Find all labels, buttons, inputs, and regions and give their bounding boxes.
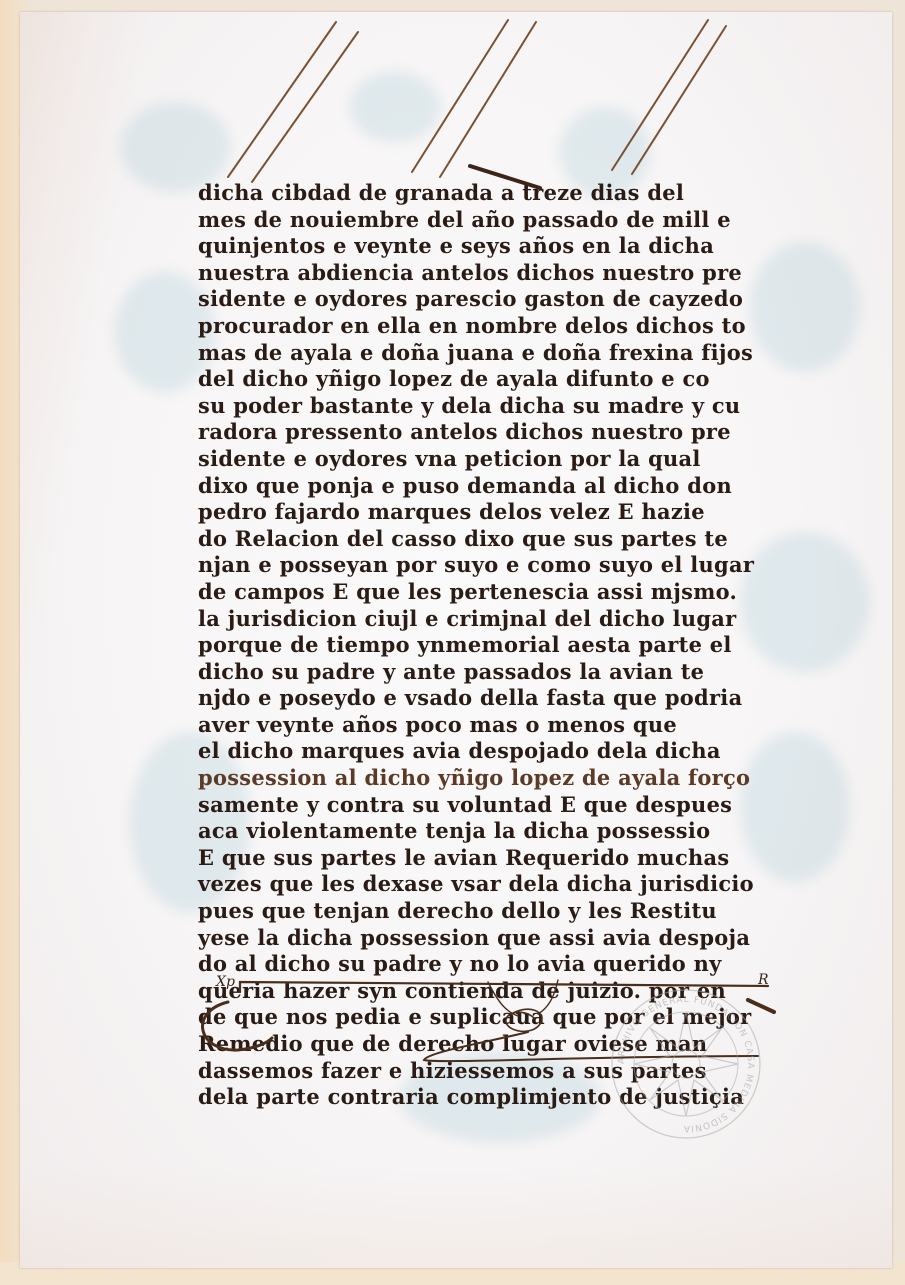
text-line: dicha cibdad de granada a treze dias del bbox=[198, 180, 776, 207]
archive-stamp: ARCHIVO GENERAL FUNDACION CASA MEDINA SI… bbox=[606, 984, 766, 1144]
text-line: aca violentamente tenja la dicha possess… bbox=[198, 818, 776, 845]
text-line: yese la dicha possession que assi avia d… bbox=[198, 925, 776, 952]
text-line: del dicho yñigo lopez de ayala difunto e… bbox=[198, 366, 776, 393]
text-line: mas de ayala e doña juana e doña frexina… bbox=[198, 340, 776, 367]
text-line: el dicho marques avia despojado dela dic… bbox=[198, 738, 776, 765]
text-line: dicho su padre y ante passados la avian … bbox=[198, 659, 776, 686]
text-line: porque de tiempo ynmemorial aesta parte … bbox=[198, 632, 776, 659]
text-line: procurador en ella en nombre delos dicho… bbox=[198, 313, 776, 340]
text-line: dixo que ponja e puso demanda al dicho d… bbox=[198, 473, 776, 500]
text-line: radora pressento antelos dichos nuestro … bbox=[198, 419, 776, 446]
text-line: nuestra abdiencia antelos dichos nuestro… bbox=[198, 260, 776, 287]
text-line: quinjentos e veynte e seys años en la di… bbox=[198, 233, 776, 260]
text-line: E que sus partes le avian Requerido much… bbox=[198, 845, 776, 872]
text-line: mes de nouiembre del año passado de mill… bbox=[198, 207, 776, 234]
stamp-text: ARCHIVO GENERAL FUNDACION CASA MEDINA SI… bbox=[617, 995, 755, 1133]
text-line: sidente e oydores vna peticion por la qu… bbox=[198, 446, 776, 473]
manuscript-folio: dicha cibdad de granada a treze dias del… bbox=[20, 12, 892, 1268]
text-line: njan e posseyan por suyo e como suyo el … bbox=[198, 552, 776, 579]
text-line: pedro fajardo marques delos velez E hazi… bbox=[198, 499, 776, 526]
marginal-note: Xp bbox=[216, 974, 235, 990]
text-line: la jurisdicion ciujl e crimjnal del dich… bbox=[198, 606, 776, 633]
text-line: de campos E que les pertenescia assi mjs… bbox=[198, 579, 776, 606]
text-line: vezes que les dexase vsar dela dicha jur… bbox=[198, 871, 776, 898]
cancellation-strokes bbox=[20, 12, 892, 192]
text-line: aver veynte años poco mas o menos que bbox=[198, 712, 776, 739]
text-line: njdo e poseydo e vsado della fasta que p… bbox=[198, 685, 776, 712]
text-line: su poder bastante y dela dicha su madre … bbox=[198, 393, 776, 420]
text-line: possession al dicho yñigo lopez de ayala… bbox=[198, 765, 776, 792]
text-line: sidente e oydores parescio gaston de cay… bbox=[198, 286, 776, 313]
text-line: do Relacion del casso dixo que sus parte… bbox=[198, 526, 776, 553]
text-line: pues que tenjan derecho dello y les Rest… bbox=[198, 898, 776, 925]
text-line: samente y contra su voluntad E que despu… bbox=[198, 792, 776, 819]
